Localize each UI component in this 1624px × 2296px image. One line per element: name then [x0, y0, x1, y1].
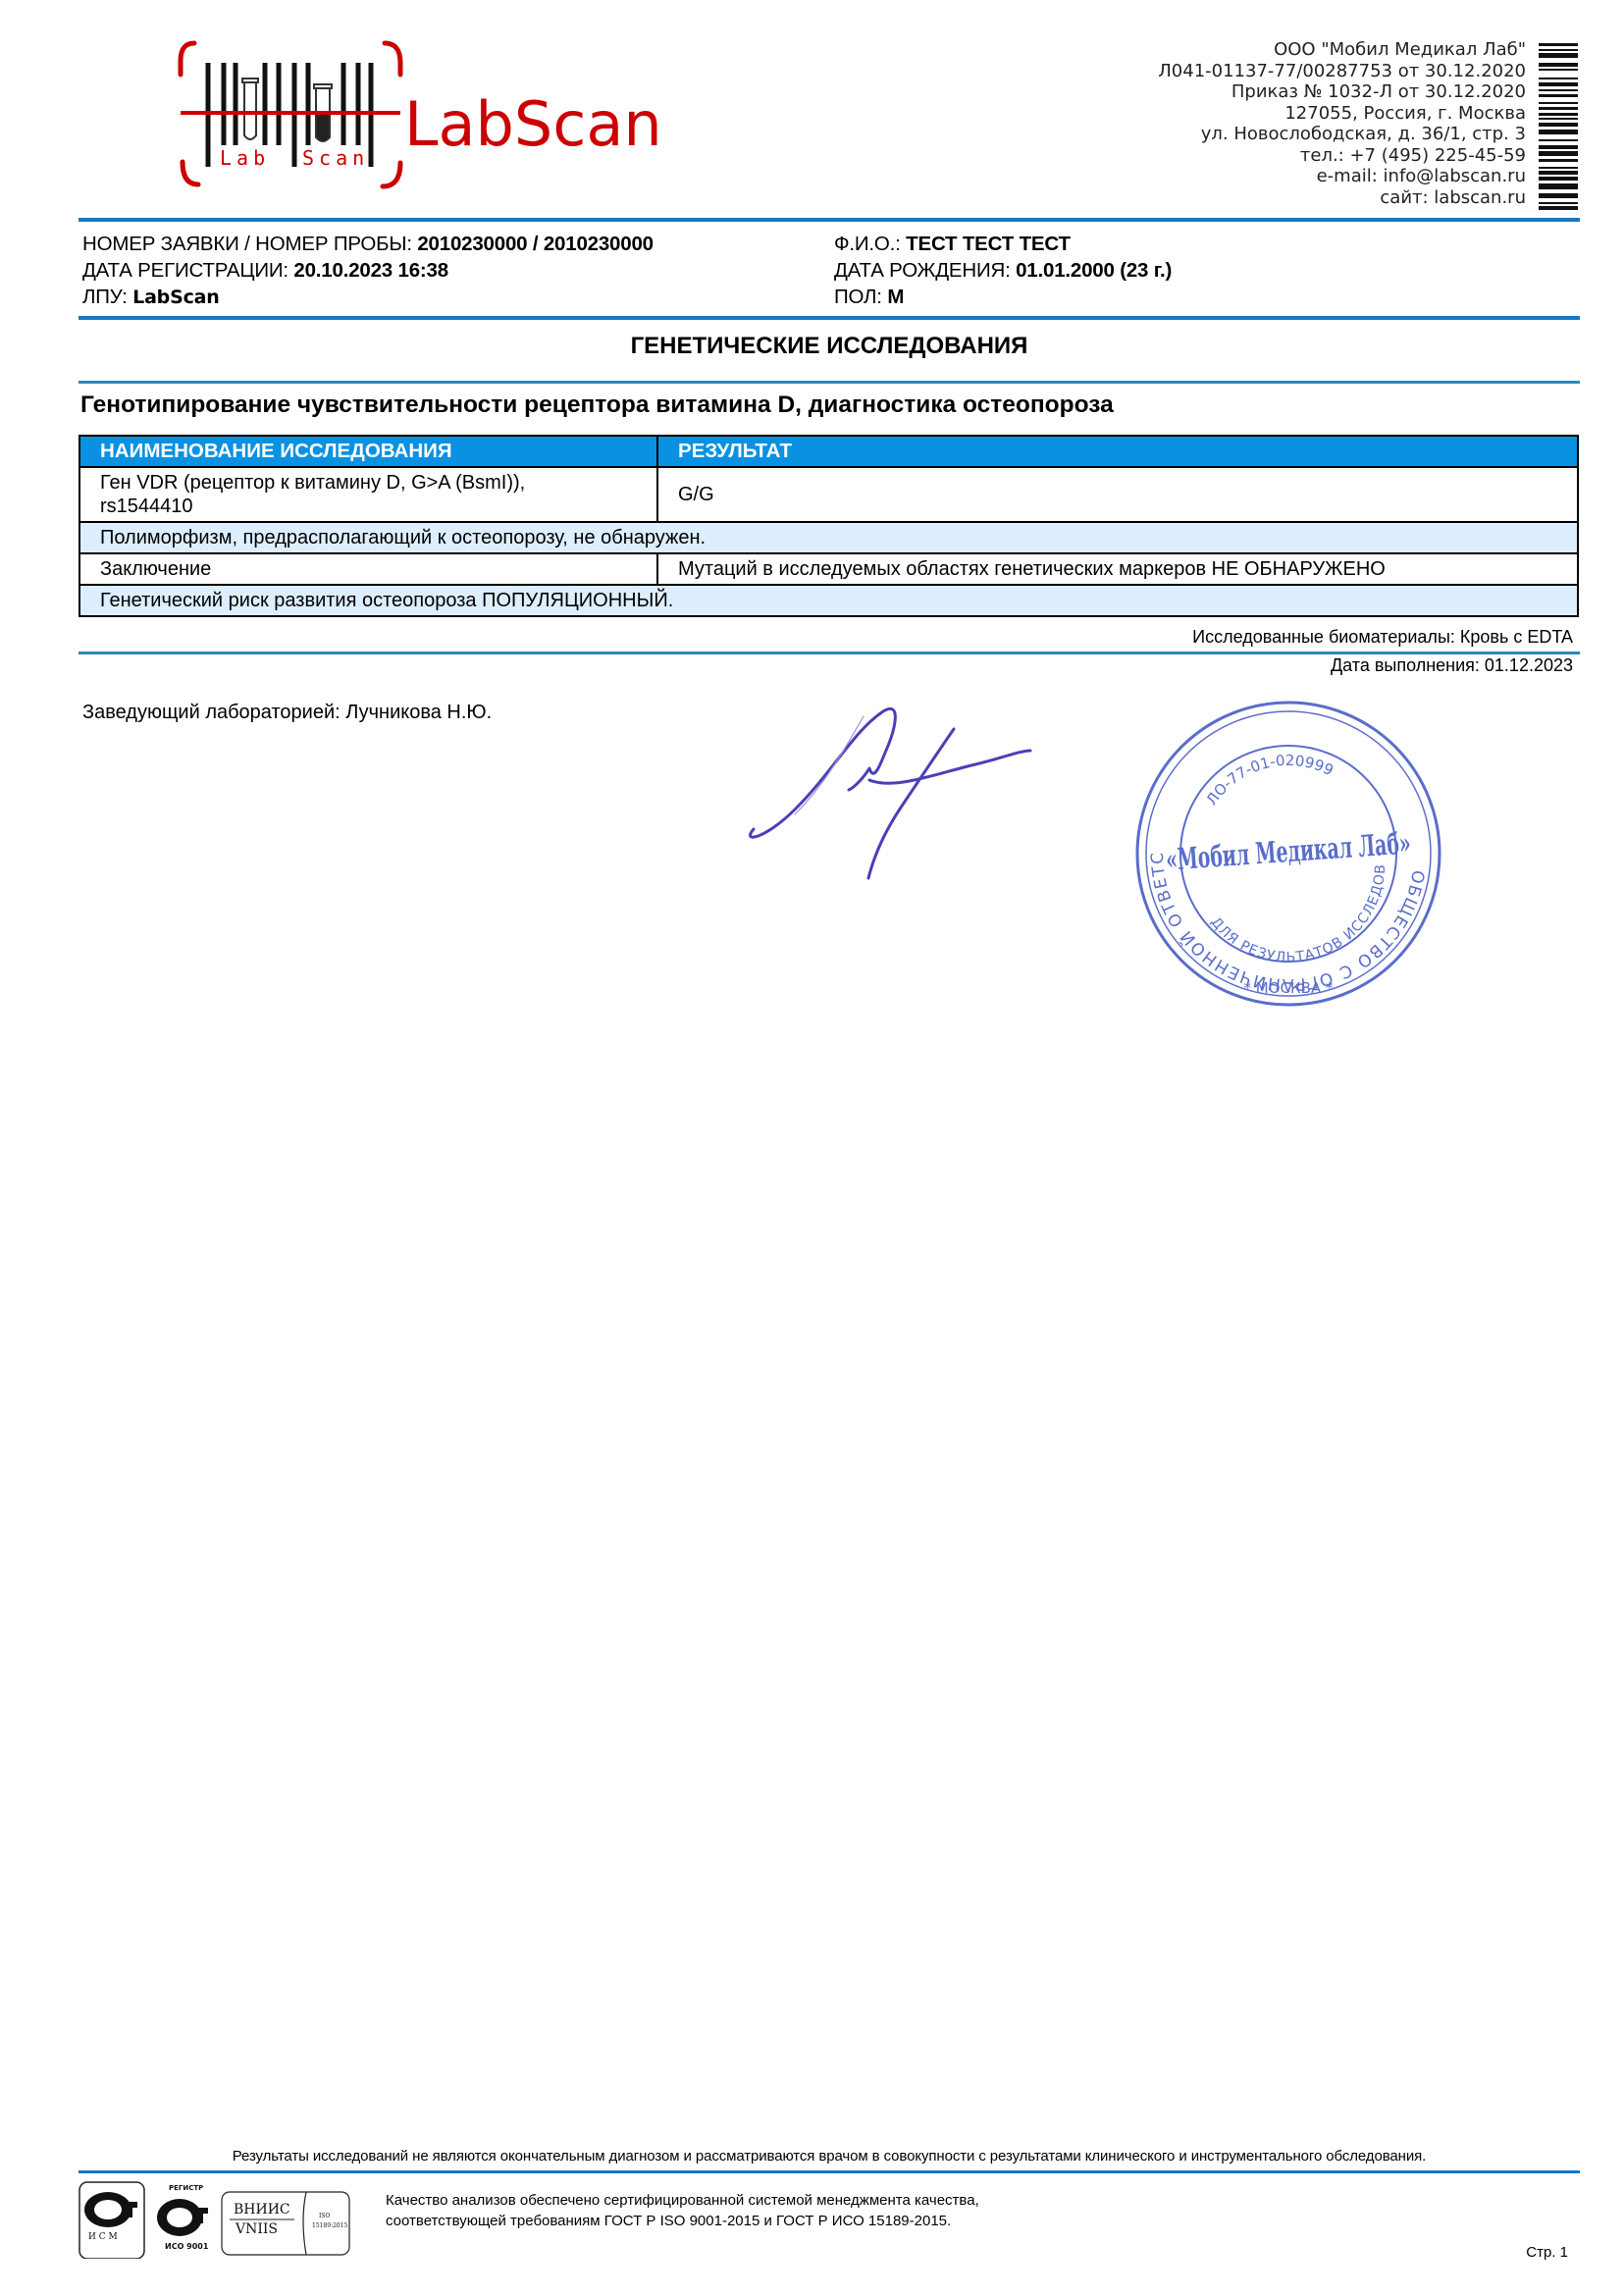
company-info: ООО "Мобил Медикал Лаб" Л041-01137-77/00… — [1158, 39, 1526, 208]
company-line: Приказ № 1032-Л от 30.12.2020 — [1158, 81, 1526, 103]
company-line: ООО "Мобил Медикал Лаб" — [1158, 39, 1526, 61]
gene-result-cell: G/G — [657, 467, 1578, 522]
svg-text:* МОСКВА *: * МОСКВА * — [1244, 979, 1334, 997]
registration-date: 20.10.2023 16:38 — [293, 259, 448, 282]
order-info: НОМЕР ЗАЯВКИ / НОМЕР ПРОБЫ: 2010230000 /… — [82, 231, 654, 311]
risk-note: Генетический риск развития остеопороза П… — [79, 585, 1578, 616]
section-divider — [79, 381, 1580, 384]
test-title: Генотипирование чувствительности рецепто… — [80, 391, 1114, 419]
quality-statement: Качество анализов обеспечено сертифициро… — [386, 2190, 979, 2231]
conclusion-value: Мутаций в исследуемых областях генетичес… — [657, 553, 1578, 585]
company-line: сайт: labscan.ru — [1158, 187, 1526, 209]
svg-text:Scan: Scan — [302, 146, 369, 170]
table-row: Заключение Мутаций в исследуемых областя… — [79, 553, 1578, 585]
rst-register-icon: РЕГИСТР ИСО 9001 — [157, 2184, 209, 2251]
registration-date-row: ДАТА РЕГИСТРАЦИИ: 20.10.2023 16:38 — [82, 257, 654, 284]
patient-name-row: Ф.И.О.: ТЕСТ ТЕСТ ТЕСТ — [834, 231, 1172, 257]
order-number: 2010230000 / 2010230000 — [417, 233, 654, 255]
table-row: Ген VDR (рецептор к витамину D, G>A (Bsm… — [79, 467, 1578, 522]
table-row: Генетический риск развития остеопороза П… — [79, 585, 1578, 616]
birth-date: 01.01.2000 (23 г.) — [1016, 259, 1172, 282]
svg-text:ВНИИС: ВНИИС — [234, 2202, 290, 2218]
sex-row: ПОЛ: М — [834, 284, 1172, 310]
patient-info: Ф.И.О.: ТЕСТ ТЕСТ ТЕСТ ДАТА РОЖДЕНИЯ: 01… — [834, 231, 1172, 310]
lpu-row: ЛПУ: LabScan — [82, 284, 654, 311]
barcode-icon — [1539, 43, 1578, 212]
svg-text:ISO: ISO — [319, 2213, 330, 2219]
company-line: ул. Новослободская, д. 36/1, стр. 3 — [1158, 124, 1526, 145]
column-header-test: НАИМЕНОВАНИЕ ИССЛЕДОВАНИЯ — [79, 436, 657, 467]
labscan-logo: Lab Scan LabScan — [177, 39, 667, 206]
gene-name-cell: Ген VDR (рецептор к витамину D, G>A (Bsm… — [79, 467, 657, 522]
svg-text:LabScan: LabScan — [404, 88, 662, 160]
table-header-row: НАИМЕНОВАНИЕ ИССЛЕДОВАНИЯ РЕЗУЛЬТАТ — [79, 436, 1578, 467]
patient-name: ТЕСТ ТЕСТ ТЕСТ — [906, 233, 1071, 255]
svg-text:РЕГИСТР: РЕГИСТР — [169, 2184, 203, 2192]
svg-text:И С М: И С М — [88, 2232, 118, 2242]
header-divider — [79, 218, 1580, 222]
table-row: Полиморфизм, предрасполагающий к остеопо… — [79, 522, 1578, 553]
certification-logos: И С М РЕГИСТР ИСО 9001 ВНИИС VNIIS ISO 1… — [79, 2180, 353, 2259]
polymorphism-note: Полиморфизм, предрасполагающий к остеопо… — [79, 522, 1578, 553]
svg-text:VNIIS: VNIIS — [235, 2221, 278, 2237]
svg-text:15189:2015: 15189:2015 — [312, 2222, 348, 2229]
results-table: НАИМЕНОВАНИЕ ИССЛЕДОВАНИЯ РЕЗУЛЬТАТ Ген … — [79, 435, 1579, 617]
completion-date: Дата выполнения: 01.12.2023 — [1331, 655, 1573, 676]
svg-text:ЛО-77-01-020999: ЛО-77-01-020999 — [1203, 752, 1336, 809]
company-line: 127055, Россия, г. Москва — [1158, 103, 1526, 125]
biomaterial: Исследованные биоматериалы: Кровь с EDTA — [1192, 627, 1573, 648]
biomaterial-divider — [79, 652, 1580, 654]
rst-ism-icon: И С М — [79, 2182, 144, 2259]
lpu-value: LabScan — [132, 287, 219, 308]
company-line: e-mail: info@labscan.ru — [1158, 166, 1526, 187]
column-header-result: РЕЗУЛЬТАТ — [657, 436, 1578, 467]
page-number: Стр. 1 — [1526, 2244, 1568, 2261]
patient-divider — [79, 316, 1580, 320]
disclaimer: Результаты исследований не являются окон… — [79, 2148, 1580, 2165]
birth-date-row: ДАТА РОЖДЕНИЯ: 01.01.2000 (23 г.) — [834, 257, 1172, 284]
conclusion-label: Заключение — [79, 553, 657, 585]
svg-text:Lab: Lab — [220, 146, 270, 170]
sex-value: М — [887, 286, 904, 308]
footer-divider — [79, 2170, 1580, 2173]
company-line: Л041-01137-77/00287753 от 30.12.2020 — [1158, 61, 1526, 82]
order-number-row: НОМЕР ЗАЯВКИ / НОМЕР ПРОБЫ: 2010230000 /… — [82, 231, 654, 257]
head-of-lab: Заведующий лабораторией: Лучникова Н.Ю. — [82, 702, 492, 724]
svg-text:ИСО 9001: ИСО 9001 — [165, 2242, 209, 2251]
company-line: тел.: +7 (495) 225-45-59 — [1158, 145, 1526, 167]
stamp-image: ОБЩЕСТВО С ОГРАНИЧЕННОЙ ОТВЕТСТВЕННОСТЬЮ… — [1133, 699, 1443, 1009]
vniis-icon: ВНИИС VNIIS ISO 15189:2015 — [222, 2192, 349, 2255]
section-title: ГЕНЕТИЧЕСКИЕ ИССЛЕДОВАНИЯ — [79, 333, 1580, 360]
signature-image — [736, 692, 1060, 888]
